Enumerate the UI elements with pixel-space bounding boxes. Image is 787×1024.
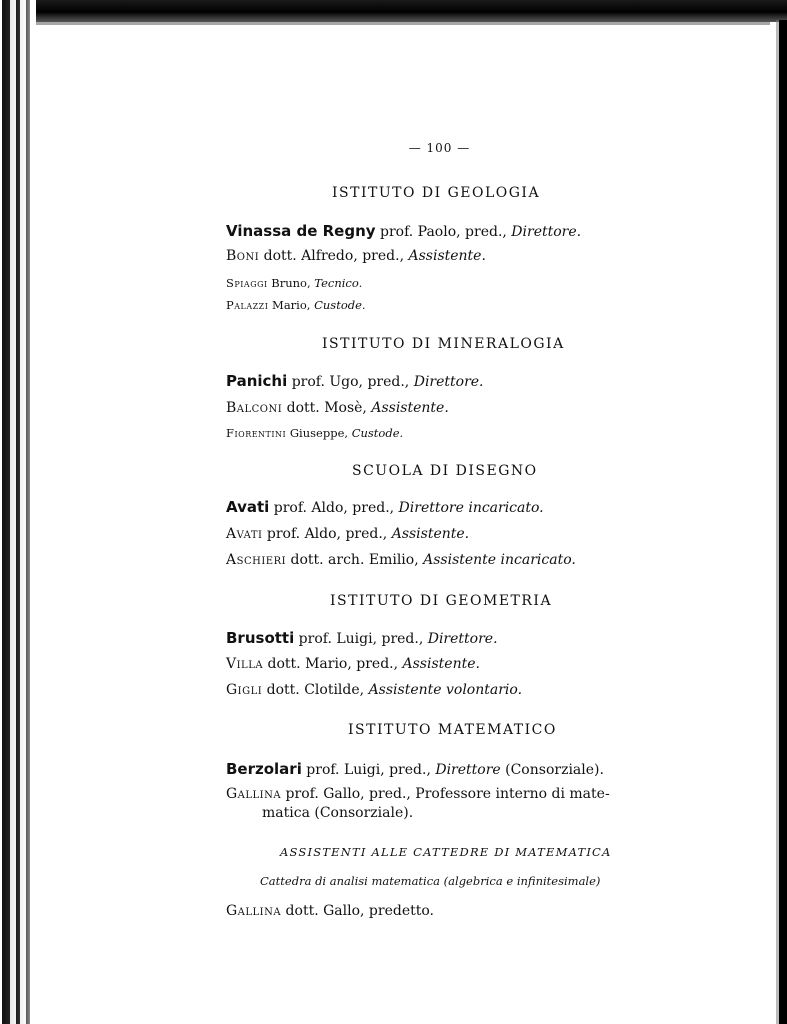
person-role: Custode. xyxy=(314,298,365,312)
person-role: Direttore incaricato. xyxy=(399,500,544,516)
person-name: Gigli xyxy=(226,682,262,698)
person-details: dott. Alfredo, pred., xyxy=(259,248,408,264)
person-role: Assistente. xyxy=(403,656,480,672)
entry-gallina-assistente: Gallina dott. Gallo, predetto. xyxy=(226,902,434,921)
person-name: Panichi xyxy=(226,372,287,390)
person-name: Gallina xyxy=(226,903,281,919)
entry-brusotti: Brusotti prof. Luigi, pred., Direttore. xyxy=(226,628,498,649)
person-name: Berzolari xyxy=(226,760,302,778)
person-role: Assistente volontario. xyxy=(369,682,522,698)
person-name: Avati xyxy=(226,498,269,516)
person-details: prof. Luigi, pred., xyxy=(302,762,436,778)
person-name: Gallina xyxy=(226,786,281,802)
entry-panichi: Panichi prof. Ugo, pred., Direttore. xyxy=(226,371,484,392)
person-details: dott. Gallo, predetto. xyxy=(281,903,434,919)
entry-berzolari: Berzolari prof. Luigi, pred., Direttore … xyxy=(226,759,604,780)
person-details: dott. arch. Emilio, xyxy=(286,552,423,568)
person-details-continuation: matica (Consorziale). xyxy=(226,804,610,823)
person-name: Avati xyxy=(226,526,262,542)
person-name: Aschieri xyxy=(226,552,286,568)
person-name: Boni xyxy=(226,248,259,264)
person-role: Direttore. xyxy=(511,224,581,240)
person-role: Direttore xyxy=(435,762,500,778)
person-name: Balconi xyxy=(226,400,282,416)
person-details: prof. Aldo, pred., xyxy=(269,500,398,516)
entry-spiaggi: Spiaggi Bruno, Tecnico. xyxy=(226,276,362,292)
person-name: Spiaggi xyxy=(226,276,268,290)
section-title-mineralogia: ISTITUTO DI MINERALOGIA xyxy=(322,336,565,352)
section-title-assistenti: ASSISTENTI ALLE CATTEDRE DI MATEMATICA xyxy=(280,845,612,859)
entry-avati-direttore: Avati prof. Aldo, pred., Direttore incar… xyxy=(226,497,544,518)
section-title-geometria: ISTITUTO DI GEOMETRIA xyxy=(330,593,552,609)
entry-boni: Boni dott. Alfredo, pred., Assistente. xyxy=(226,247,486,266)
person-role: Tecnico. xyxy=(314,276,362,290)
person-details: prof. Paolo, pred., xyxy=(376,224,512,240)
person-details: prof. Ugo, pred., xyxy=(287,374,413,390)
person-details: Giuseppe, xyxy=(286,426,351,440)
person-details: prof. Gallo, pred., Professore interno d… xyxy=(281,786,610,802)
person-name: Brusotti xyxy=(226,629,294,647)
section-title-geologia: ISTITUTO DI GEOLOGIA xyxy=(332,185,540,201)
person-tail: (Consorziale). xyxy=(501,762,604,778)
person-details: Mario, xyxy=(268,298,314,312)
entry-fiorentini: Fiorentini Giuseppe, Custode. xyxy=(226,426,403,442)
entry-palazzi: Palazzi Mario, Custode. xyxy=(226,298,366,314)
document-page: — 100 — ISTITUTO DI GEOLOGIA Vinassa de … xyxy=(36,25,779,1024)
person-details: dott. Clotilde, xyxy=(262,682,368,698)
person-role: Direttore. xyxy=(428,631,498,647)
entry-villa: Villa dott. Mario, pred., Assistente. xyxy=(226,655,480,674)
entry-gallina-professore: Gallina prof. Gallo, pred., Professore i… xyxy=(226,785,610,823)
person-role: Assistente incaricato. xyxy=(423,552,576,568)
scan-top-edge xyxy=(0,0,787,22)
scan-book-spine xyxy=(0,0,36,1024)
person-name: Vinassa de Regny xyxy=(226,222,376,240)
person-name: Villa xyxy=(226,656,263,672)
person-details: prof. Aldo, pred., xyxy=(262,526,391,542)
entry-gigli: Gigli dott. Clotilde, Assistente volonta… xyxy=(226,681,522,700)
person-role: Assistente. xyxy=(408,248,485,264)
page-number: — 100 — xyxy=(36,141,779,155)
person-name: Palazzi xyxy=(226,298,268,312)
entry-balconi: Balconi dott. Mosè, Assistente. xyxy=(226,399,449,418)
subsection-title-analisi: Cattedra di analisi matematica (algebric… xyxy=(260,874,600,888)
person-role: Direttore. xyxy=(414,374,484,390)
entry-vinassa-de-regny: Vinassa de Regny prof. Paolo, pred., Dir… xyxy=(226,221,581,242)
person-details: Bruno, xyxy=(268,276,315,290)
person-details: dott. Mario, pred., xyxy=(263,656,402,672)
section-title-disegno: SCUOLA DI DISEGNO xyxy=(352,463,538,479)
person-name: Fiorentini xyxy=(226,426,286,440)
person-role: Assistente. xyxy=(371,400,448,416)
entry-aschieri: Aschieri dott. arch. Emilio, Assistente … xyxy=(226,551,576,570)
person-role: Assistente. xyxy=(392,526,469,542)
person-role: Custode. xyxy=(352,426,403,440)
entry-avati-assistente: Avati prof. Aldo, pred., Assistente. xyxy=(226,525,469,544)
scan-right-edge xyxy=(779,20,787,1024)
section-title-matematico: ISTITUTO MATEMATICO xyxy=(348,722,557,738)
person-details: prof. Luigi, pred., xyxy=(294,631,428,647)
person-details: dott. Mosè, xyxy=(282,400,371,416)
